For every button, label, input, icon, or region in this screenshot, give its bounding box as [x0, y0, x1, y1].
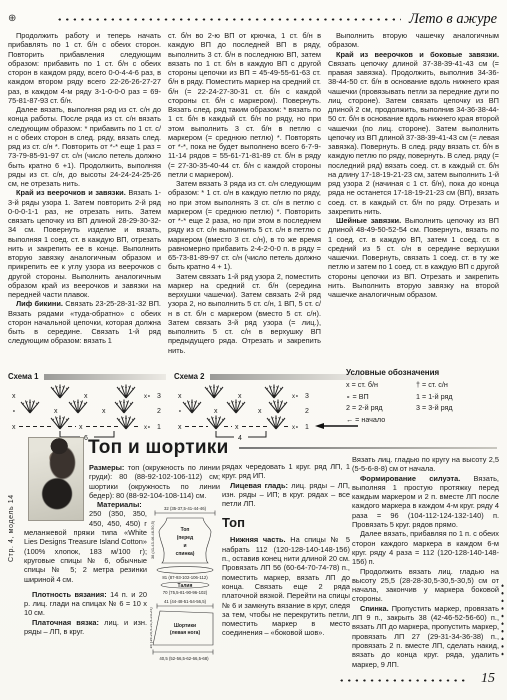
- instructions-column-1: Продолжить работу и теперь начать прибав…: [8, 31, 161, 372]
- svg-text:х: х: [178, 393, 182, 400]
- page-reference-vertical-text: Стр. 4, модель 14: [8, 440, 15, 562]
- pattern-section: Топ и шортики Стр. 4, модель 14 Размеры:…: [8, 437, 499, 685]
- svg-text:Талия: Талия: [178, 583, 193, 589]
- svg-text:х: х: [79, 424, 83, 431]
- legend-item: х = ст. б/н: [346, 380, 416, 389]
- legend-item: 1 = 1-й ряд: [416, 392, 494, 401]
- symbols-legend: Условные обозначения х = ст. б/н † = ст.…: [346, 368, 499, 424]
- instructions-column-2: ст. б/н во 2-ю ВП от крючка, 1 ст. б/н в…: [168, 31, 321, 372]
- sidebar-caption: Стр. 4, модель 14: [8, 437, 22, 685]
- model-photo: [28, 437, 84, 521]
- legend-item: † = ст. с/н: [416, 380, 494, 389]
- svg-text:и: и: [183, 543, 186, 549]
- svg-text:70 (75,5-81-90-96-102): 70 (75,5-81-90-96-102): [163, 590, 208, 595]
- schema-2: Схема 2 хх х∘3 ∘хх 2 хх х∘1 4: [174, 372, 362, 447]
- instructions-column-3: Выполнить вторую чашечку аналогичным обр…: [328, 31, 499, 372]
- legend-item: 2 = 2-й ряд: [346, 403, 416, 412]
- paragraph: Шейные завязки. Выполнить цепочку из ВП …: [328, 216, 499, 299]
- svg-text:х: х: [54, 408, 58, 415]
- paragraph: Край из веерочков и боковые завязки. Свя…: [328, 50, 499, 217]
- charts-band: Схема 1 хх х∘3 ∘хх 2 хх х∘1: [8, 372, 499, 436]
- svg-text:(перед: (перед: [177, 535, 194, 541]
- page-header: ⊕ Лето в ажуре: [8, 10, 497, 28]
- magazine-page: ⊕ Лето в ажуре Продолжить работу и тепер…: [0, 0, 507, 700]
- paragraph: рядах чередовать 1 круг. ряд ЛП, 1 круг.…: [222, 462, 350, 481]
- footer-dotted-rule: [340, 679, 466, 682]
- pattern-schematic: 32 (35-37,5-41-44-46) Топ (перед и спинк…: [150, 504, 220, 666]
- pattern-column-middle: рядах чередовать 1 круг. ряд ЛП, 1 круг.…: [222, 437, 350, 685]
- legend-item: ← = начало: [346, 415, 416, 424]
- paragraph-lead: Формирование силуэта.: [360, 474, 474, 483]
- svg-text:∘: ∘: [178, 409, 182, 415]
- svg-text:1: 1: [305, 424, 309, 431]
- svg-text:х: х: [12, 393, 16, 400]
- schema-2-chart: хх х∘3 ∘хх 2 хх х∘1 4: [174, 382, 362, 442]
- legend-title: Условные обозначения: [346, 368, 499, 377]
- paragraph-lead: Платочная вязка:: [32, 618, 104, 627]
- schema-1-chart: хх х∘3 ∘хх 2 хх х∘1 6: [8, 382, 166, 442]
- paragraph-lead: Размеры:: [89, 463, 124, 472]
- paragraph-lead: Край из веерочков и завязки.: [16, 188, 128, 197]
- svg-text:х: х: [235, 424, 239, 431]
- paragraph-lead: Материалы:: [97, 500, 142, 509]
- paragraph-lead: Лицевая гладь:: [230, 481, 291, 490]
- title-rule: [239, 447, 497, 449]
- svg-text:х: х: [238, 393, 242, 400]
- svg-text:3: 3: [305, 393, 309, 400]
- svg-text:х∘: х∘: [144, 394, 151, 400]
- svg-text:х: х: [84, 393, 88, 400]
- svg-text:спинка): спинка): [176, 551, 195, 557]
- svg-text:3: 3: [157, 393, 161, 400]
- svg-text:х∘: х∘: [292, 425, 299, 431]
- start-arrow-icon: [315, 423, 358, 429]
- paragraph: Лиф бикини. Связать 23-25-28-31-32 ВП. В…: [8, 299, 161, 345]
- svg-text:(левая нога): (левая нога): [170, 630, 201, 636]
- paragraph: Далее вязать, прибавляя по 1 п. с обеих …: [352, 529, 499, 566]
- legend-item: 3 = 3-й ряд: [416, 403, 494, 412]
- schema-2-gradient-bar: [210, 374, 362, 380]
- paragraph: Лицевая гладь: лиц. ряды – ЛП, изн. ряды…: [222, 481, 350, 509]
- schema-1-gradient-bar: [44, 374, 166, 380]
- paragraph-lead: Край из веерочков и боковые завязки.: [336, 50, 499, 59]
- right-edge-dotted-rule: [501, 584, 504, 658]
- svg-text:х∘: х∘: [144, 425, 151, 431]
- pattern-title: Топ и шортики: [88, 437, 229, 459]
- svg-text:2: 2: [157, 408, 161, 415]
- schematic-drawing: 32 (35-37,5-41-44-46) Топ (перед и спинк…: [150, 504, 220, 666]
- svg-text:х: х: [258, 408, 262, 415]
- svg-text:32 (35-37,5-41-44-46): 32 (35-37,5-41-44-46): [164, 506, 207, 511]
- legend-item: ∘ = ВП: [346, 392, 416, 401]
- paragraph-lead: Плотность вязания:: [32, 590, 110, 599]
- paragraph-lead: Нижняя часть.: [230, 535, 290, 544]
- paragraph: ст. б/н во 2-ю ВП от крючка, 1 ст. б/н в…: [168, 31, 321, 179]
- paragraph: Край из веерочков и завязки. Вязать 1-3-…: [8, 188, 161, 299]
- schema-1: Схема 1 хх х∘3 ∘хх 2 хх х∘1: [8, 372, 166, 447]
- magazine-section-title: Лето в ажуре: [409, 11, 497, 28]
- paragraph: Затем связать 1-й ряд узора 2, поместить…: [168, 272, 321, 355]
- svg-text:Шортики: Шортики: [174, 623, 196, 629]
- svg-text:16 (19-20,5-21,5-23-24): 16 (19-20,5-21,5-23-24): [150, 607, 153, 649]
- paragraph: Далее вязать, выполняя ряд из ст. с/н до…: [8, 105, 161, 188]
- paragraph: Продолжить работу и теперь начать прибав…: [8, 31, 161, 105]
- paragraph: Спинка. Пропустить маркер, провязать ЛП …: [352, 604, 499, 669]
- schema-2-label: Схема 2: [174, 372, 205, 381]
- page-number: 15: [481, 671, 495, 687]
- schema-1-label: Схема 1: [8, 372, 39, 381]
- paragraph-lead: Спинка.: [360, 604, 392, 613]
- paragraph-lead: Шейные завязки.: [336, 216, 405, 225]
- paragraph: Нижняя часть. На спицы № 5 набрать 112 (…: [222, 535, 350, 637]
- corner-mark-icon: ⊕: [8, 14, 16, 24]
- svg-text:х: х: [214, 408, 218, 415]
- top-garment-heading: Топ: [222, 515, 350, 530]
- pattern-column-right: Вязать лиц. гладью по кругу на высоту 2,…: [352, 437, 499, 685]
- svg-text:Топ: Топ: [181, 527, 190, 533]
- svg-text:∘: ∘: [12, 409, 16, 415]
- svg-text:81 (87-93-102-106-112): 81 (87-93-102-106-112): [162, 575, 208, 580]
- instructions-columns: Продолжить работу и теперь начать прибав…: [8, 31, 499, 372]
- paragraph: Выполнить вторую чашечку аналогичным обр…: [328, 31, 499, 50]
- header-dotted-rule: [58, 18, 401, 21]
- paragraph-lead: Лиф бикини.: [16, 299, 65, 308]
- paragraph: Продолжить вязать лиц. гладью на высоту …: [352, 567, 499, 604]
- svg-text:х: х: [12, 424, 16, 431]
- paragraph: Затем вязать 3 ряда из ст. с/н следующим…: [168, 179, 321, 272]
- left-zone: Размеры: топ (окружность по линии груди)…: [24, 437, 220, 685]
- svg-text:х: х: [178, 424, 182, 431]
- svg-text:2: 2: [305, 408, 309, 415]
- svg-text:38 (41-43-46-48-50,5): 38 (41-43-46-48-50,5): [150, 520, 155, 559]
- svg-text:х∘: х∘: [292, 394, 299, 400]
- svg-text:х: х: [102, 408, 106, 415]
- svg-text:40,5 (52-56,5-62-66,5-68): 40,5 (52-56,5-62-66,5-68): [159, 656, 209, 661]
- svg-text:1: 1: [157, 424, 161, 431]
- paragraph: Формирование силуэта. Вязать, выполняя 1…: [352, 474, 499, 530]
- svg-text:41 (44-48-51-54-56,5): 41 (44-48-51-54-56,5): [164, 599, 207, 604]
